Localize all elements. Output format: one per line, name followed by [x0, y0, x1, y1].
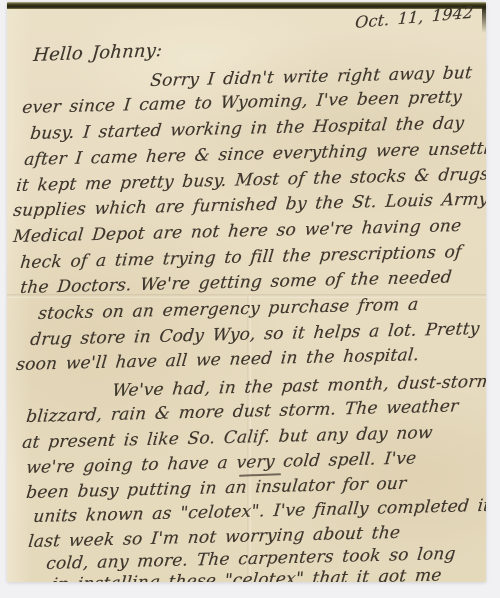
scanned-letter: Oct. 11, 1942 Hello Johnny: Sorry I didn…: [0, 0, 500, 598]
letter-paper: Oct. 11, 1942 Hello Johnny: Sorry I didn…: [7, 2, 486, 582]
paper-corner-edge: [482, 7, 486, 33]
letter-greeting: Hello Johnny:: [32, 40, 163, 67]
